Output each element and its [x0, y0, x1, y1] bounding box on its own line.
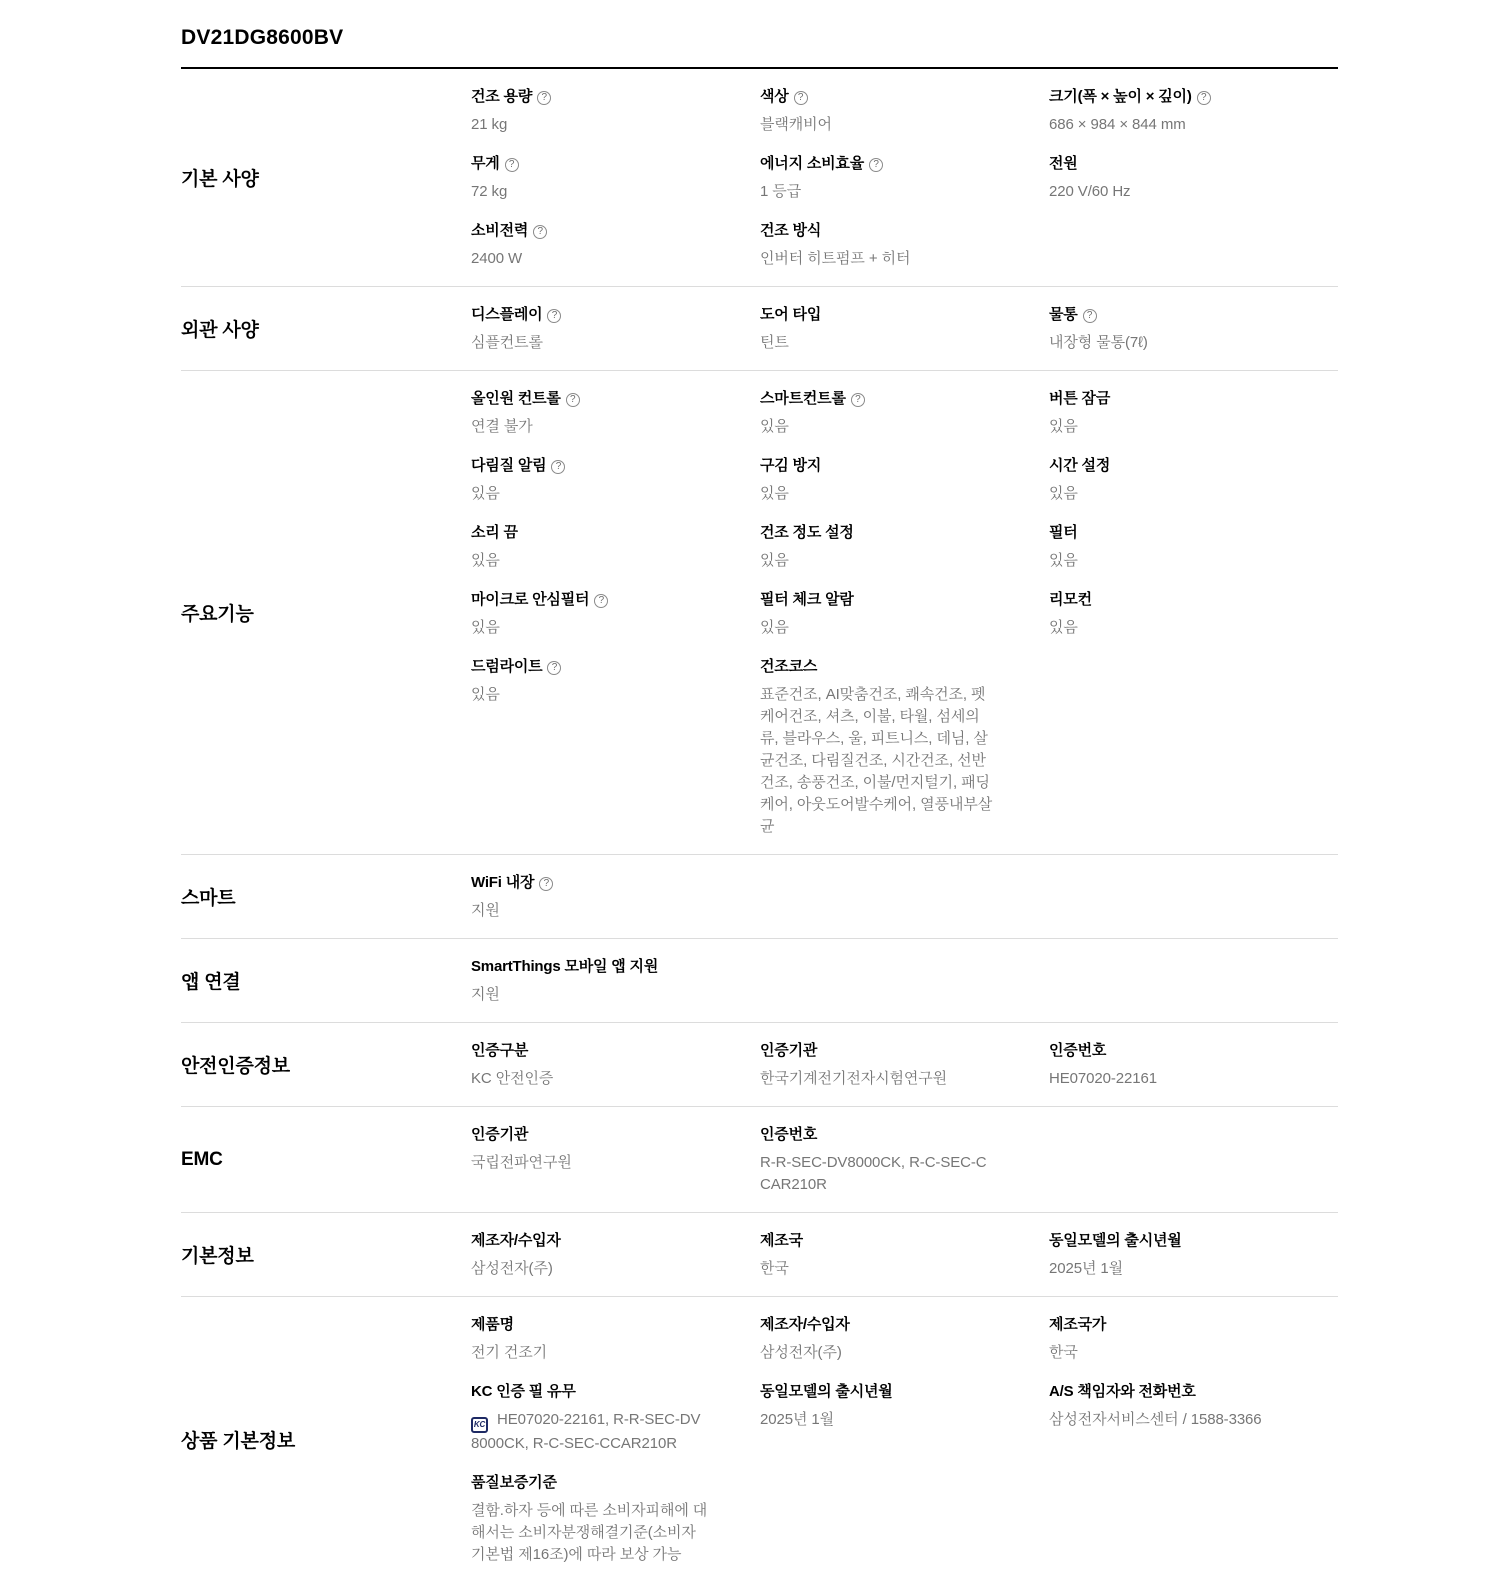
- spec-value: 표준건조, AI맞춤건조, 쾌속건조, 펫케어건조, 셔츠, 이불, 타월, 섬…: [760, 686, 992, 835]
- spec-label: 올인원 컨트롤?: [471, 389, 708, 409]
- spec-label: 인증번호: [760, 1125, 997, 1145]
- help-icon[interactable]: ?: [869, 158, 883, 172]
- spec-value: 있음: [1049, 552, 1078, 569]
- spec-value-line: 한국기계전기전자시험연구원: [760, 1068, 997, 1090]
- spec-value-line: 심플컨트롤: [471, 332, 708, 354]
- spec-item: 건조 정도 설정 있음: [760, 513, 1049, 580]
- spec-value-line: KCHE07020-22161, R-R-SEC-DV8000CK, R-C-S…: [471, 1409, 708, 1455]
- section-grid: 인증기관 국립전파연구원 인증번호 R-R-SEC-DV8000CK, R-C-…: [471, 1107, 1338, 1212]
- spec-value: 72 kg: [471, 183, 507, 200]
- spec-value: 21 kg: [471, 116, 507, 133]
- spec-label: 드럼라이트?: [471, 657, 708, 677]
- spec-value-line: 72 kg: [471, 181, 708, 203]
- spec-item: 동일모델의 출시년월 2025년 1월: [1049, 1221, 1338, 1288]
- spec-value: 있음: [1049, 485, 1078, 502]
- spec-value: 있음: [760, 418, 789, 435]
- spec-value: 2025년 1월: [1049, 1260, 1123, 1277]
- spec-item: 필터 체크 알람 있음: [760, 580, 1049, 647]
- spec-value-line: 있음: [1049, 550, 1286, 572]
- spec-section: 주요기능 올인원 컨트롤? 연결 불가 스마트컨트롤? 있음 버튼 잠금 있음 …: [181, 370, 1338, 854]
- spec-label-text: 다림질 알림: [471, 457, 546, 474]
- spec-value: 지원: [471, 986, 500, 1003]
- spec-value: 2025년 1월: [760, 1411, 834, 1428]
- spec-label: 리모컨: [1049, 590, 1286, 610]
- section-grid: 제품명 전기 건조기 제조자/수입자 삼성전자(주) 제조국가 한국 KC 인증…: [471, 1297, 1338, 1582]
- spec-label: 구김 방지: [760, 456, 997, 476]
- spec-section: 안전인증정보 인증구분 KC 안전인증 인증기관 한국기계전기전자시험연구원 인…: [181, 1022, 1338, 1106]
- help-icon[interactable]: ?: [566, 393, 580, 407]
- spec-item: KC 인증 필 유무 KCHE07020-22161, R-R-SEC-DV80…: [471, 1372, 760, 1463]
- spec-value: 220 V/60 Hz: [1049, 183, 1130, 200]
- spec-label-text: 스마트컨트롤: [760, 390, 846, 407]
- spec-item: 동일모델의 출시년월 2025년 1월: [760, 1372, 1049, 1439]
- spec-value: 있음: [471, 686, 500, 703]
- spec-item: 소리 끔 있음: [471, 513, 760, 580]
- spec-label: 물통?: [1049, 305, 1286, 325]
- spec-value-line: 220 V/60 Hz: [1049, 181, 1286, 203]
- spec-value-line: 결함.하자 등에 따른 소비자피해에 대해서는 소비자분쟁해결기준(소비자기본법…: [471, 1500, 708, 1566]
- spec-value-line: 국립전파연구원: [471, 1152, 708, 1174]
- spec-label-text: A/S 책임자와 전화번호: [1049, 1383, 1196, 1400]
- spec-label-text: WiFi 내장: [471, 874, 534, 891]
- spec-section: 앱 연결 SmartThings 모바일 앱 지원 지원: [181, 938, 1338, 1022]
- spec-label: 제조국가: [1049, 1315, 1286, 1335]
- spec-item: 건조코스 표준건조, AI맞춤건조, 쾌속건조, 펫케어건조, 셔츠, 이불, …: [760, 647, 1049, 846]
- spec-label-text: 소리 끔: [471, 524, 518, 541]
- spec-item: 제조자/수입자 삼성전자(주): [471, 1221, 760, 1288]
- spec-value: 연결 불가: [471, 418, 533, 435]
- spec-value: 있음: [471, 485, 500, 502]
- spec-label-text: 건조 용량: [471, 88, 532, 105]
- spec-item: 색상? 블랙캐비어: [760, 77, 1049, 144]
- spec-label-text: 필터: [1049, 524, 1078, 541]
- spec-label-text: 디스플레이: [471, 306, 542, 323]
- spec-value-line: 지원: [471, 984, 708, 1006]
- spec-label: 버튼 잠금: [1049, 389, 1286, 409]
- spec-value-line: 삼성전자(주): [471, 1258, 708, 1280]
- spec-value-line: 한국: [760, 1258, 997, 1280]
- spec-value-line: 있음: [760, 550, 997, 572]
- section-grid: 디스플레이? 심플컨트롤 도어 타입 틴트 물통? 내장형 물통(7ℓ): [471, 287, 1338, 370]
- spec-label: 다림질 알림?: [471, 456, 708, 476]
- spec-value: 있음: [471, 619, 500, 636]
- section-title: 외관 사양: [181, 315, 259, 342]
- spec-label-text: 인증번호: [1049, 1042, 1106, 1059]
- spec-table: 기본 사양 건조 용량? 21 kg 색상? 블랙캐비어 크기(폭 × 높이 ×…: [181, 67, 1338, 1582]
- section-grid: 인증구분 KC 안전인증 인증기관 한국기계전기전자시험연구원 인증번호 HE0…: [471, 1023, 1338, 1106]
- spec-label: 전원: [1049, 154, 1286, 174]
- section-title: 주요기능: [181, 599, 254, 626]
- spec-label-text: 제품명: [471, 1316, 514, 1333]
- spec-label: 무게?: [471, 154, 708, 174]
- spec-label-text: 올인원 컨트롤: [471, 390, 561, 407]
- spec-section: 외관 사양 디스플레이? 심플컨트롤 도어 타입 틴트 물통? 내장형 물통(7…: [181, 286, 1338, 370]
- spec-label: 제조자/수입자: [471, 1231, 708, 1251]
- kc-certification-icon: KC: [471, 1417, 488, 1433]
- spec-value: 내장형 물통(7ℓ): [1049, 334, 1148, 351]
- spec-item: 제조자/수입자 삼성전자(주): [760, 1305, 1049, 1372]
- spec-item: 소비전력? 2400 W: [471, 211, 760, 278]
- spec-value-line: 있음: [760, 483, 997, 505]
- spec-label: 시간 설정: [1049, 456, 1286, 476]
- spec-label-text: 인증기관: [760, 1042, 817, 1059]
- spec-item: 인증번호 HE07020-22161: [1049, 1031, 1338, 1098]
- spec-value-line: R-R-SEC-DV8000CK, R-C-SEC-CCAR210R: [760, 1152, 997, 1196]
- spec-value: 결함.하자 등에 따른 소비자피해에 대해서는 소비자분쟁해결기준(소비자기본법…: [471, 1502, 707, 1563]
- spec-value: 삼성전자(주): [471, 1260, 553, 1277]
- spec-value-line: 한국: [1049, 1342, 1286, 1364]
- spec-value-line: 있음: [760, 617, 997, 639]
- section-title-cell: 기본 사양: [181, 69, 471, 286]
- spec-item: 다림질 알림? 있음: [471, 446, 760, 513]
- spec-value-line: 있음: [471, 684, 708, 706]
- spec-item: 필터 있음: [1049, 513, 1338, 580]
- help-icon[interactable]: ?: [537, 91, 551, 105]
- spec-label: WiFi 내장?: [471, 873, 708, 893]
- spec-value-line: 1 등급: [760, 181, 997, 203]
- spec-label: 디스플레이?: [471, 305, 708, 325]
- spec-item: 리모컨 있음: [1049, 580, 1338, 647]
- spec-label-text: 건조 방식: [760, 222, 821, 239]
- spec-item: 도어 타입 틴트: [760, 295, 1049, 362]
- help-icon[interactable]: ?: [1083, 309, 1097, 323]
- spec-label: 크기(폭 × 높이 × 깊이)?: [1049, 87, 1286, 107]
- spec-value: KC 안전인증: [471, 1070, 553, 1087]
- spec-label-text: 시간 설정: [1049, 457, 1110, 474]
- spec-item: 올인원 컨트롤? 연결 불가: [471, 379, 760, 446]
- spec-value-line: 있음: [760, 416, 997, 438]
- spec-value: 2400 W: [471, 250, 522, 267]
- spec-item: 무게? 72 kg: [471, 144, 760, 211]
- spec-label: 제조국: [760, 1231, 997, 1251]
- spec-value-line: 블랙캐비어: [760, 114, 997, 136]
- spec-label: 에너지 소비효율?: [760, 154, 997, 174]
- spec-section: 스마트 WiFi 내장? 지원: [181, 854, 1338, 938]
- spec-value: R-R-SEC-DV8000CK, R-C-SEC-CCAR210R: [760, 1154, 987, 1193]
- spec-label-text: 구김 방지: [760, 457, 821, 474]
- spec-label-text: 동일모델의 출시년월: [1049, 1232, 1182, 1249]
- spec-value-line: 있음: [1049, 617, 1286, 639]
- spec-label: 제조자/수입자: [760, 1315, 997, 1335]
- spec-value-line: 21 kg: [471, 114, 708, 136]
- spec-item: 전원 220 V/60 Hz: [1049, 144, 1338, 211]
- spec-value-line: 내장형 물통(7ℓ): [1049, 332, 1286, 354]
- spec-value: 있음: [1049, 619, 1078, 636]
- spec-value: 한국: [1049, 1344, 1078, 1361]
- spec-value: 삼성전자(주): [760, 1344, 842, 1361]
- spec-label: SmartThings 모바일 앱 지원: [471, 957, 708, 977]
- section-title: 안전인증정보: [181, 1051, 290, 1078]
- spec-label: A/S 책임자와 전화번호: [1049, 1382, 1286, 1402]
- spec-item: 스마트컨트롤? 있음: [760, 379, 1049, 446]
- spec-label-text: 필터 체크 알람: [760, 591, 854, 608]
- spec-value-line: KC 안전인증: [471, 1068, 708, 1090]
- spec-item: 버튼 잠금 있음: [1049, 379, 1338, 446]
- spec-item: 제조국 한국: [760, 1221, 1049, 1288]
- spec-label: 인증구분: [471, 1041, 708, 1061]
- spec-item: 건조 방식 인버터 히트펌프 + 히터: [760, 211, 1049, 278]
- spec-value-line: 틴트: [760, 332, 997, 354]
- spec-value-line: 있음: [471, 483, 708, 505]
- spec-label-text: 인증번호: [760, 1126, 817, 1143]
- spec-item: 건조 용량? 21 kg: [471, 77, 760, 144]
- spec-item: 제조국가 한국: [1049, 1305, 1338, 1372]
- spec-label-text: 크기(폭 × 높이 × 깊이): [1049, 88, 1192, 105]
- section-title-cell: 스마트: [181, 855, 471, 938]
- spec-item: 에너지 소비효율? 1 등급: [760, 144, 1049, 211]
- section-title-cell: 기본정보: [181, 1213, 471, 1296]
- section-title-cell: 안전인증정보: [181, 1023, 471, 1106]
- spec-item: 인증구분 KC 안전인증: [471, 1031, 760, 1098]
- spec-item: 구김 방지 있음: [760, 446, 1049, 513]
- help-icon[interactable]: ?: [794, 91, 808, 105]
- spec-item: 물통? 내장형 물통(7ℓ): [1049, 295, 1338, 362]
- spec-value-line: 인버터 히트펌프 + 히터: [760, 248, 997, 270]
- help-icon[interactable]: ?: [1197, 91, 1211, 105]
- section-title-cell: 주요기능: [181, 371, 471, 854]
- product-spec-page: DV21DG8600BV 기본 사양 건조 용량? 21 kg 색상? 블랙캐비…: [181, 0, 1338, 1582]
- spec-value: 삼성전자서비스센터 / 1588-3366: [1049, 1411, 1262, 1428]
- spec-label-text: 인증구분: [471, 1042, 528, 1059]
- section-title: 기본정보: [181, 1241, 254, 1268]
- spec-label-text: 버튼 잠금: [1049, 390, 1110, 407]
- spec-item: 품질보증기준 결함.하자 등에 따른 소비자피해에 대해서는 소비자분쟁해결기준…: [471, 1463, 760, 1574]
- spec-value: 블랙캐비어: [760, 116, 832, 133]
- spec-label-text: 제조자/수입자: [760, 1316, 850, 1333]
- section-title: 앱 연결: [181, 967, 241, 994]
- spec-value-line: HE07020-22161: [1049, 1068, 1286, 1090]
- spec-item: 제품명 전기 건조기: [471, 1305, 760, 1372]
- spec-value: 전기 건조기: [471, 1344, 547, 1361]
- spec-label-text: KC 인증 필 유무: [471, 1383, 576, 1400]
- spec-label: 인증기관: [760, 1041, 997, 1061]
- spec-label-text: 건조 정도 설정: [760, 524, 854, 541]
- section-title-cell: EMC: [181, 1107, 471, 1212]
- spec-label-text: 제조국가: [1049, 1316, 1106, 1333]
- help-icon[interactable]: ?: [533, 225, 547, 239]
- spec-label-text: 인증기관: [471, 1126, 528, 1143]
- spec-item: 디스플레이? 심플컨트롤: [471, 295, 760, 362]
- spec-label: 소리 끔: [471, 523, 708, 543]
- help-icon[interactable]: ?: [539, 877, 553, 891]
- spec-label: 품질보증기준: [471, 1473, 708, 1493]
- help-icon[interactable]: ?: [547, 309, 561, 323]
- help-icon[interactable]: ?: [547, 661, 561, 675]
- spec-section: 기본 사양 건조 용량? 21 kg 색상? 블랙캐비어 크기(폭 × 높이 ×…: [181, 69, 1338, 286]
- spec-value-line: 2025년 1월: [1049, 1258, 1286, 1280]
- section-title: EMC: [181, 1149, 223, 1171]
- spec-value-line: 지원: [471, 900, 708, 922]
- spec-value-line: 표준건조, AI맞춤건조, 쾌속건조, 펫케어건조, 셔츠, 이불, 타월, 섬…: [760, 684, 997, 838]
- section-grid: WiFi 내장? 지원: [471, 855, 1338, 938]
- spec-value: HE07020-22161: [1049, 1070, 1157, 1087]
- spec-label: 스마트컨트롤?: [760, 389, 997, 409]
- section-grid: SmartThings 모바일 앱 지원 지원: [471, 939, 1338, 1022]
- spec-value: 있음: [1049, 418, 1078, 435]
- spec-label: 인증기관: [471, 1125, 708, 1145]
- spec-section: 상품 기본정보 제품명 전기 건조기 제조자/수입자 삼성전자(주) 제조국가 …: [181, 1296, 1338, 1582]
- spec-item: A/S 책임자와 전화번호 삼성전자서비스센터 / 1588-3366: [1049, 1372, 1338, 1439]
- spec-label-text: 건조코스: [760, 658, 817, 675]
- spec-label-text: 마이크로 안심필터: [471, 591, 589, 608]
- spec-value: 있음: [760, 619, 789, 636]
- section-title-cell: 상품 기본정보: [181, 1297, 471, 1582]
- spec-label: 동일모델의 출시년월: [760, 1382, 997, 1402]
- spec-value-line: 있음: [1049, 483, 1286, 505]
- section-title-cell: 앱 연결: [181, 939, 471, 1022]
- spec-value-line: 있음: [1049, 416, 1286, 438]
- spec-label-text: 에너지 소비효율: [760, 155, 864, 172]
- spec-label: 색상?: [760, 87, 997, 107]
- spec-item: 크기(폭 × 높이 × 깊이)? 686 × 984 × 844 mm: [1049, 77, 1338, 144]
- spec-value: 한국: [760, 1260, 789, 1277]
- spec-item: SmartThings 모바일 앱 지원 지원: [471, 947, 760, 1014]
- spec-label-text: 제조자/수입자: [471, 1232, 561, 1249]
- spec-value: 지원: [471, 902, 500, 919]
- spec-label: 제품명: [471, 1315, 708, 1335]
- spec-label-text: 전원: [1049, 155, 1078, 172]
- spec-item: 드럼라이트? 있음: [471, 647, 760, 714]
- spec-value: 국립전파연구원: [471, 1154, 572, 1171]
- section-grid: 건조 용량? 21 kg 색상? 블랙캐비어 크기(폭 × 높이 × 깊이)? …: [471, 69, 1338, 286]
- help-icon[interactable]: ?: [551, 460, 565, 474]
- spec-label-text: 무게: [471, 155, 500, 172]
- spec-value-line: 686 × 984 × 844 mm: [1049, 114, 1286, 136]
- spec-label-text: 드럼라이트: [471, 658, 542, 675]
- spec-value: 있음: [471, 552, 500, 569]
- spec-section: EMC 인증기관 국립전파연구원 인증번호 R-R-SEC-DV8000CK, …: [181, 1106, 1338, 1212]
- spec-value: 한국기계전기전자시험연구원: [760, 1070, 947, 1087]
- spec-label: KC 인증 필 유무: [471, 1382, 708, 1402]
- help-icon[interactable]: ?: [505, 158, 519, 172]
- spec-value-line: 연결 불가: [471, 416, 708, 438]
- spec-label-text: SmartThings 모바일 앱 지원: [471, 958, 658, 975]
- spec-item: 인증번호 R-R-SEC-DV8000CK, R-C-SEC-CCAR210R: [760, 1115, 1049, 1204]
- spec-value-line: 삼성전자(주): [760, 1342, 997, 1364]
- spec-label: 건조코스: [760, 657, 997, 677]
- page-header: DV21DG8600BV: [181, 0, 1338, 67]
- section-title: 기본 사양: [181, 164, 259, 191]
- page-title: DV21DG8600BV: [181, 26, 1338, 50]
- spec-section: 기본정보 제조자/수입자 삼성전자(주) 제조국 한국 동일모델의 출시년월 2…: [181, 1212, 1338, 1296]
- spec-value-line: 전기 건조기: [471, 1342, 708, 1364]
- spec-label: 도어 타입: [760, 305, 997, 325]
- spec-label-text: 리모컨: [1049, 591, 1092, 608]
- spec-item: WiFi 내장? 지원: [471, 863, 760, 930]
- help-icon[interactable]: ?: [851, 393, 865, 407]
- spec-value-line: 2400 W: [471, 248, 708, 270]
- section-title: 스마트: [181, 883, 235, 910]
- spec-label: 건조 방식: [760, 221, 997, 241]
- spec-label: 필터 체크 알람: [760, 590, 997, 610]
- spec-label-text: 품질보증기준: [471, 1474, 557, 1491]
- spec-label: 건조 정도 설정: [760, 523, 997, 543]
- spec-value: 심플컨트롤: [471, 334, 543, 351]
- spec-label: 인증번호: [1049, 1041, 1286, 1061]
- spec-label: 건조 용량?: [471, 87, 708, 107]
- spec-value: 틴트: [760, 334, 789, 351]
- spec-label: 동일모델의 출시년월: [1049, 1231, 1286, 1251]
- section-grid: 제조자/수입자 삼성전자(주) 제조국 한국 동일모델의 출시년월 2025년 …: [471, 1213, 1338, 1296]
- spec-value: 1 등급: [760, 183, 801, 200]
- spec-value: 있음: [760, 552, 789, 569]
- spec-label-text: 물통: [1049, 306, 1078, 323]
- spec-item: 시간 설정 있음: [1049, 446, 1338, 513]
- spec-label: 마이크로 안심필터?: [471, 590, 708, 610]
- spec-value-line: 있음: [471, 617, 708, 639]
- spec-value: 686 × 984 × 844 mm: [1049, 116, 1186, 133]
- spec-label-text: 색상: [760, 88, 789, 105]
- spec-item: 인증기관 한국기계전기전자시험연구원: [760, 1031, 1049, 1098]
- spec-value-line: 삼성전자서비스센터 / 1588-3366: [1049, 1409, 1286, 1431]
- spec-value: HE07020-22161, R-R-SEC-DV8000CK, R-C-SEC…: [471, 1411, 700, 1452]
- spec-value: 있음: [760, 485, 789, 502]
- spec-label: 필터: [1049, 523, 1286, 543]
- spec-value: 인버터 히트펌프 + 히터: [760, 250, 910, 267]
- spec-label-text: 제조국: [760, 1232, 803, 1249]
- section-title-cell: 외관 사양: [181, 287, 471, 370]
- spec-item: 마이크로 안심필터? 있음: [471, 580, 760, 647]
- spec-value-line: 있음: [471, 550, 708, 572]
- spec-label-text: 동일모델의 출시년월: [760, 1383, 893, 1400]
- spec-value-line: 2025년 1월: [760, 1409, 997, 1431]
- spec-label-text: 소비전력: [471, 222, 528, 239]
- spec-label-text: 도어 타입: [760, 306, 821, 323]
- section-grid: 올인원 컨트롤? 연결 불가 스마트컨트롤? 있음 버튼 잠금 있음 다림질 알…: [471, 371, 1338, 854]
- spec-item: 인증기관 국립전파연구원: [471, 1115, 760, 1182]
- help-icon[interactable]: ?: [594, 594, 608, 608]
- section-title: 상품 기본정보: [181, 1426, 295, 1453]
- spec-label: 소비전력?: [471, 221, 708, 241]
